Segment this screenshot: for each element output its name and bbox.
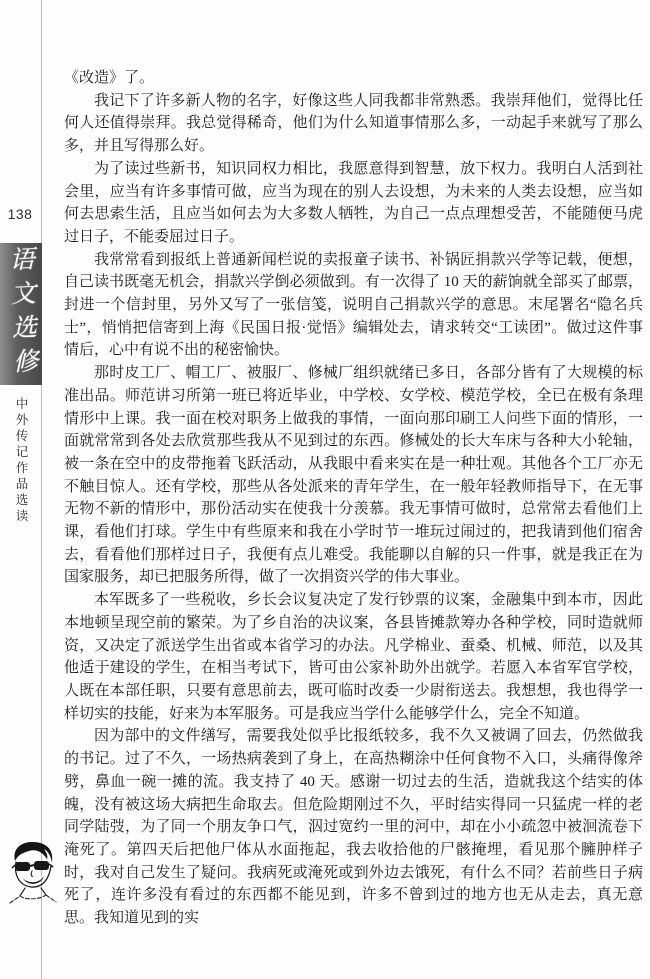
paragraph: 那时皮工厂、帽工厂、被服厂、修械厂组织就绪已多日，各部分皆有了大规模的标准出品。… xyxy=(64,362,643,589)
paragraph: 为了读过些新书，知识同权力相比，我愿意得到智慧，放下权力。我明白人活到社会里，应… xyxy=(64,158,643,249)
paragraph: 我常常看到报纸上普通新闻栏说的卖报童子读书、补锅匠捐款兴学等记载，便想，自己读书… xyxy=(64,249,643,363)
paragraph: 我记下了许多新人物的名字，好像这些人同我都非常熟悉。我崇拜他们，觉得比任何人还值… xyxy=(64,90,643,158)
author-caricature-icon xyxy=(7,840,59,908)
paragraph: 《改造》了。 xyxy=(64,67,643,90)
series-banner: 语文选修 xyxy=(0,243,42,385)
series-subtitle-vertical: 中外传记作品选读 xyxy=(12,397,30,547)
book-page: 138 语文选修 中外传记作品选读 《改造》了。 我记下了许 xyxy=(0,0,650,979)
paragraph: 本军既多了一些税收，乡长会议复决定了发行钞票的议案，金融集中到本市，因此本地顿呈… xyxy=(64,589,643,725)
body-text: 《改造》了。 我记下了许多新人物的名字，好像这些人同我都非常熟悉。我崇拜他们，觉… xyxy=(64,67,643,930)
series-title-vertical: 语文选修 xyxy=(6,246,36,383)
page-number: 138 xyxy=(0,206,40,222)
paragraph: 因为部中的文件缮写，需要我处似乎比报纸较多，我不久又被调了回去，仍然做我的书记。… xyxy=(64,725,643,929)
series-subtitle: 中外传记作品选读 xyxy=(0,397,42,547)
